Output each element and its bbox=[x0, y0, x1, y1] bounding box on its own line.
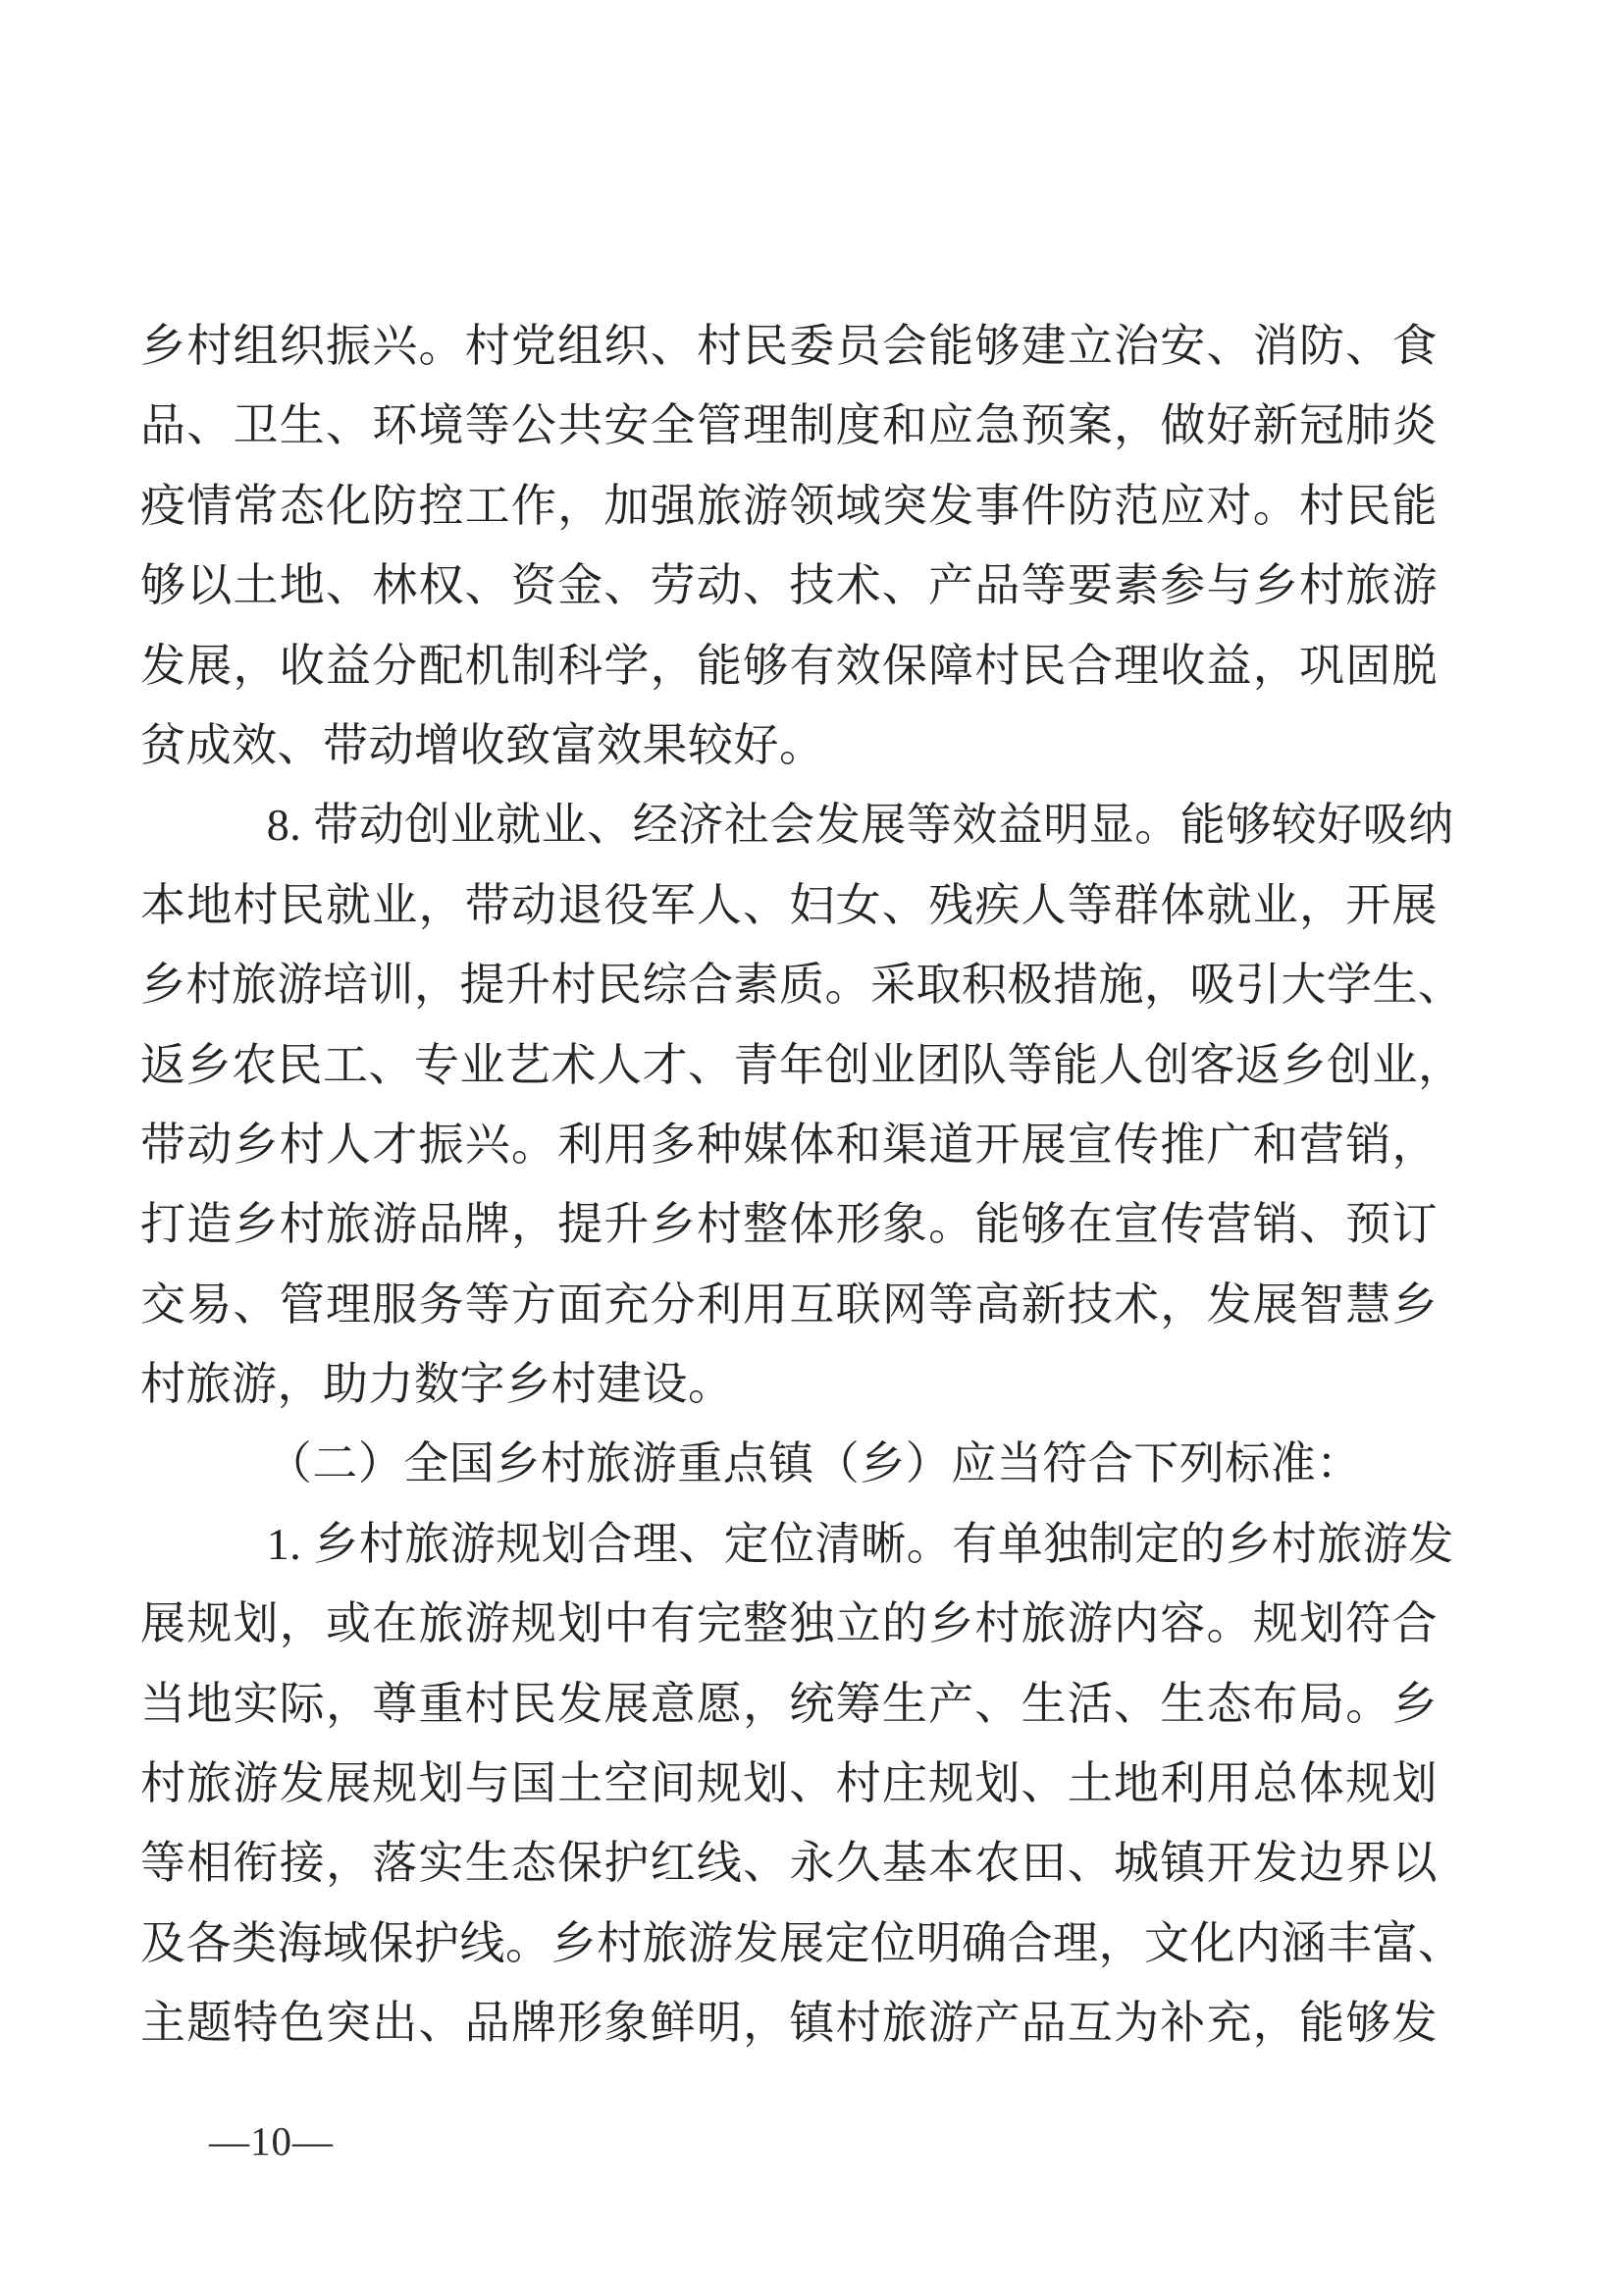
text-line: 展规划，或在旅游规划中有完整独立的乡村旅游内容。规划符合 bbox=[140, 1584, 1438, 1663]
text-line: 发展，收益分配机制科学，能够有效保障村民合理收益，巩固脱 bbox=[140, 626, 1438, 705]
document-page: 乡村组织振兴。村党组织、村民委员会能够建立治安、消防、食品、卫生、环境等公共安全… bbox=[0, 0, 1623, 2296]
text-line: 贫成效、带动增收致富效果较好。 bbox=[140, 705, 1438, 785]
page-number: —10— bbox=[209, 2115, 334, 2166]
text-line: 及各类海域保护线。乡村旅游发展定位明确合理，文化内涵丰富、 bbox=[140, 1904, 1438, 1983]
text-line: （二）全国乡村旅游重点镇（乡）应当符合下列标准： bbox=[140, 1424, 1438, 1503]
document-body: 乡村组织振兴。村党组织、村民委员会能够建立治安、消防、食品、卫生、环境等公共安全… bbox=[140, 306, 1438, 2063]
text-line: 本地村民就业，带动退役军人、妇女、残疾人等群体就业，开展 bbox=[140, 865, 1438, 945]
text-line: 乡村旅游培训，提升村民综合素质。采取积极措施，吸引大学生、 bbox=[140, 945, 1438, 1024]
text-line: 打造乡村旅游品牌，提升乡村整体形象。能够在宣传营销、预订 bbox=[140, 1184, 1438, 1264]
text-line: 1. 乡村旅游规划合理、定位清晰。有单独制定的乡村旅游发 bbox=[140, 1504, 1438, 1584]
text-line: 够以土地、林权、资金、劳动、技术、产品等要素参与乡村旅游 bbox=[140, 546, 1438, 625]
text-line: 乡村组织振兴。村党组织、村民委员会能够建立治安、消防、食 bbox=[140, 306, 1438, 386]
text-line: 村旅游发展规划与国土空间规划、村庄规划、土地利用总体规划 bbox=[140, 1744, 1438, 1823]
text-line: 返乡农民工、专业艺术人才、青年创业团队等能人创客返乡创业， bbox=[140, 1025, 1438, 1105]
text-line: 主题特色突出、品牌形象鲜明，镇村旅游产品互为补充，能够发 bbox=[140, 1983, 1438, 2062]
text-line: 8. 带动创业就业、经济社会发展等效益明显。能够较好吸纳 bbox=[140, 785, 1438, 864]
text-line: 疫情常态化防控工作，加强旅游领域突发事件防范应对。村民能 bbox=[140, 466, 1438, 546]
text-line: 当地实际，尊重村民发展意愿，统筹生产、生活、生态布局。乡 bbox=[140, 1664, 1438, 1744]
text-line: 村旅游，助力数字乡村建设。 bbox=[140, 1344, 1438, 1424]
text-line: 带动乡村人才振兴。利用多种媒体和渠道开展宣传推广和营销， bbox=[140, 1105, 1438, 1184]
text-line: 品、卫生、环境等公共安全管理制度和应急预案，做好新冠肺炎 bbox=[140, 386, 1438, 465]
text-line: 等相衔接，落实生态保护红线、永久基本农田、城镇开发边界以 bbox=[140, 1823, 1438, 1903]
text-line: 交易、管理服务等方面充分利用互联网等高新技术，发展智慧乡 bbox=[140, 1265, 1438, 1344]
